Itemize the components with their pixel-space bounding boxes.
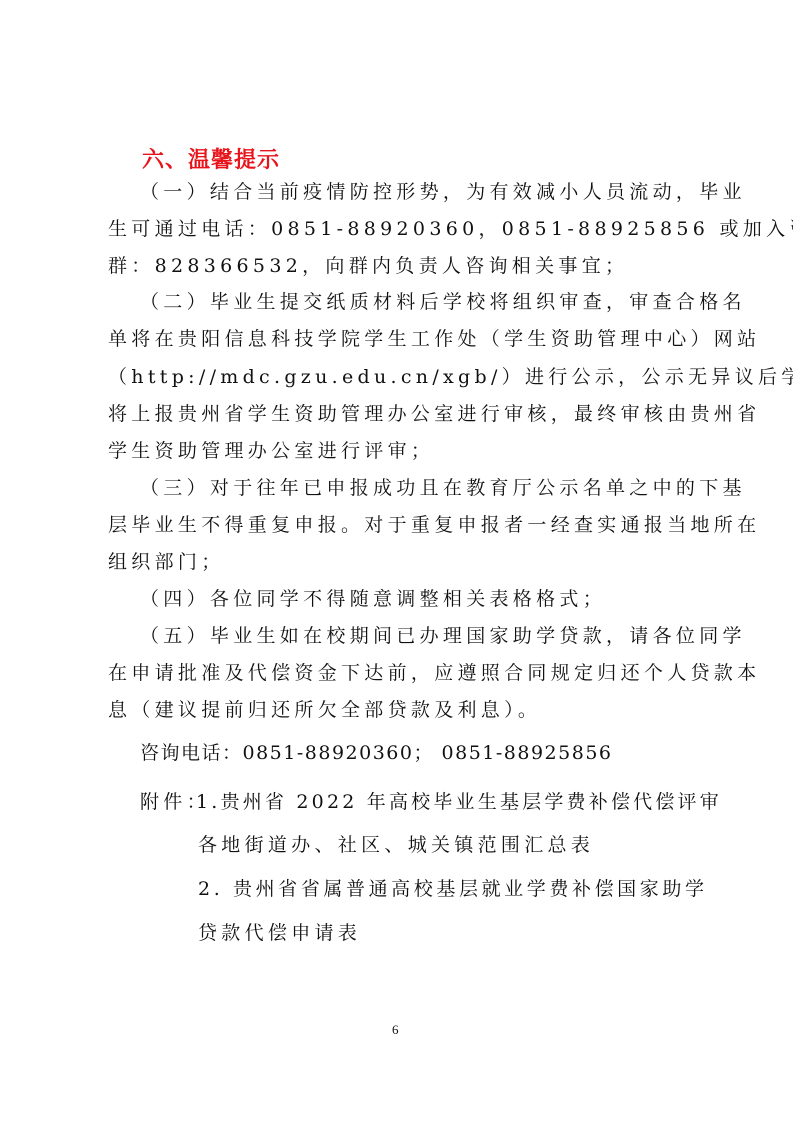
paragraph-5-line-3: 息（建议提前归还所欠全部贷款及利息）。 — [108, 698, 708, 722]
paragraph-3-line-3: 组织部门； — [108, 550, 708, 574]
paragraph-2-line-5: 学生资助管理办公室进行评审； — [108, 439, 708, 463]
attachment-2-line-2: 贷款代偿申请表 — [198, 921, 793, 945]
paragraph-5-line-2: 在申请批准及代偿资金下达前，应遵照合同规定归还个人贷款本 — [108, 661, 708, 685]
paragraph-2-line-4: 将上报贵州省学生资助管理办公室进行审核，最终审核由贵州省 — [108, 402, 708, 426]
paragraph-4-line-1: （四）各位同学不得随意调整相关表格格式； — [140, 587, 740, 611]
paragraph-5-line-1: （五）毕业生如在校期间已办理国家助学贷款，请各位同学 — [140, 624, 740, 648]
paragraph-2-line-2: 单将在贵阳信息科技学院学生工作处（学生资助管理中心）网站 — [108, 327, 708, 351]
contact-phones: 咨询电话：0851-88920360； 0851-88925856 — [140, 741, 740, 765]
paragraph-2-line-1: （二）毕业生提交纸质材料后学校将组织审查，审查合格名 — [140, 290, 740, 314]
paragraph-1-line-1: （一）结合当前疫情防控形势，为有效减小人员流动，毕业 — [140, 180, 740, 204]
paragraph-2-line-3-url: （http://mdc.gzu.edu.cn/xgb/）进行公示，公示无异议后学… — [108, 365, 708, 389]
attachment-1-line-1: 1.贵州省 2022 年高校毕业生基层学费补偿代偿评审 — [196, 790, 793, 814]
attachment-2-line-1: 2. 贵州省省属普通高校基层就业学费补偿国家助学 — [198, 877, 793, 901]
paragraph-3-line-2: 层毕业生不得重复申报。对于重复申报者一经查实通报当地所在 — [108, 513, 708, 537]
paragraph-1-line-3: 群：828366532，向群内负责人咨询相关事宜； — [108, 254, 708, 278]
page-number: 6 — [392, 1022, 399, 1038]
attachment-1-line-2: 各地街道办、社区、城关镇范围汇总表 — [198, 833, 793, 857]
paragraph-1-line-2: 生可通过电话：0851-88920360，0851-88925856 或加入咨询… — [108, 217, 708, 241]
paragraph-3-line-1: （三）对于往年已申报成功且在教育厅公示名单之中的下基 — [140, 476, 740, 500]
document-page: 六、温馨提示 （一）结合当前疫情防控形势，为有效减小人员流动，毕业 生可通过电话… — [0, 0, 793, 1122]
section-heading: 六、温馨提示 — [142, 143, 280, 174]
attachments-label: 附件： — [140, 790, 200, 814]
